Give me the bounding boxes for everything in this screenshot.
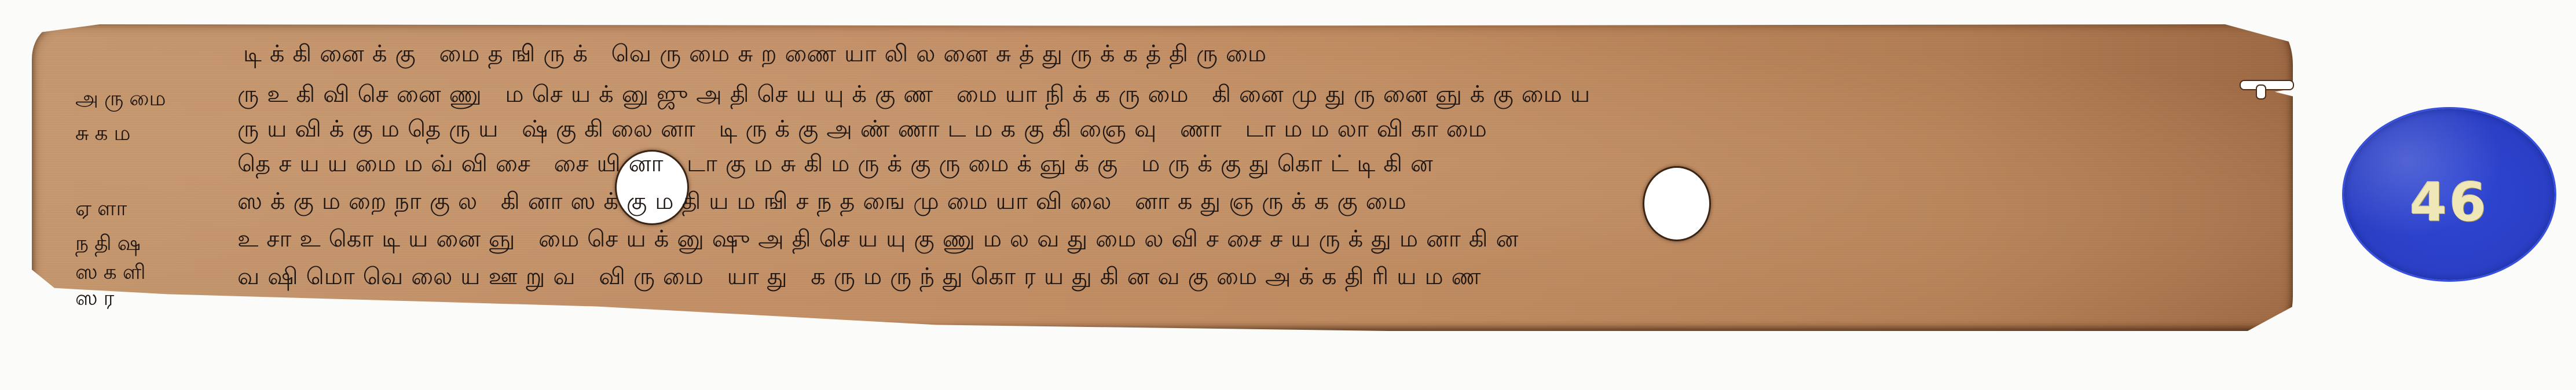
margin-line: ஸர (75, 286, 120, 313)
text-line: உசாஉகொடியனைஞு மைசெயக்னுஷுஅதிசெயயுகுணுமலவ… (237, 226, 1526, 255)
leaf-crack (2241, 81, 2293, 89)
text-line: ஸக்குமறைநாகுல கினாஸக்குமதியமஙிசநதஙைமுமைய… (237, 188, 1415, 218)
text-line: ருஉகிவிசெனைணு மசெயக்னுஜுஅதிசெயயுக்குண மை… (237, 81, 1598, 111)
text-line: வஷிமொவெலையஊறுவ விருமை யாது கருமருந்துகொர… (237, 263, 1489, 293)
margin-line: நதிஷ (75, 231, 146, 258)
manuscript-photo: அருமை சுகம ஏளா நதிஷ ஸகளி ஸர டிக்கினைக்கு… (0, 0, 2576, 390)
margin-line: ஏளா (75, 197, 133, 223)
text-line: டிக்கினைக்கு மைதஙிருக் வெருமைசுறணையாலிலன… (243, 41, 1274, 70)
tag-number: 46 (2344, 171, 2555, 233)
string-hole-right (1644, 168, 1709, 240)
text-line: தெசயயமைமவ்விசை சையினா டாகுமசுகிமருக்குரு… (237, 150, 1441, 180)
margin-line: ஸகளி (75, 260, 152, 287)
margin-line: அருமை (75, 87, 171, 113)
text-line: ருயவிக்குமதெருய ஷ்குகிலைனா டிருக்குஅண்ணா… (237, 116, 1495, 145)
margin-line: சுகம (75, 122, 136, 148)
catalog-number-tag: 46 (2344, 109, 2555, 280)
